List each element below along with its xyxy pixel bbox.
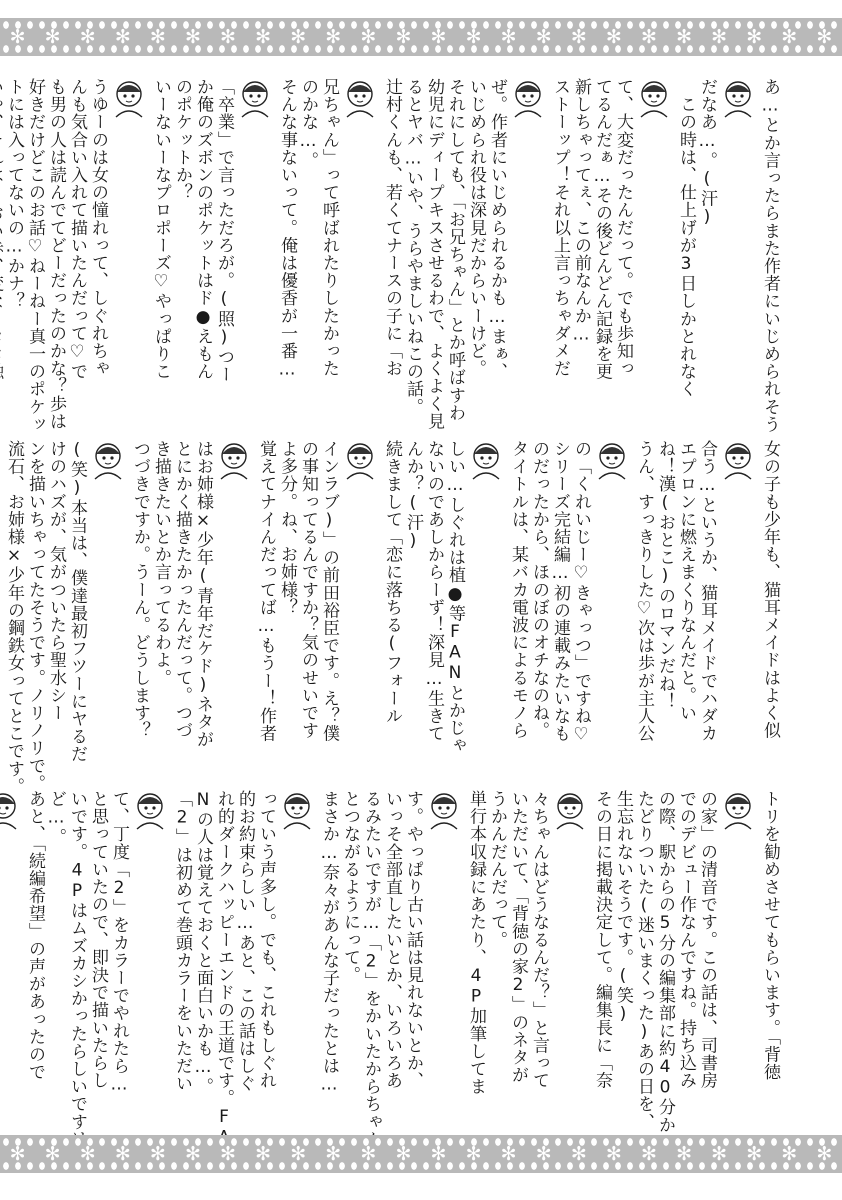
dialogue-line: この時は、仕上げが3日しかとれなく [675,78,696,433]
dialogue-line: 生忘れないそうです。(笑) [612,790,633,1169]
dialogue-line: タイトルは、某バカ電波によるモノら [507,440,528,798]
flower-icon: ✻ [10,1144,26,1164]
dialogue-line: いただいて、「背徳の家2」のネタが [507,790,528,1169]
dialogue-line: ンを描いちゃってたそうです。ノリノリで。 [24,440,45,798]
flower-icon: ✻ [115,27,131,47]
dialogue-line: その日に掲載決定して。編集長に「奈 [591,790,612,1169]
flower-icon: ✻ [290,27,306,47]
dialogue-line: と思っていたので、即決で描いたらし [87,790,108,1169]
dialogue-line: いです。4Pはムズカシかったらしいですけ [66,790,87,1169]
avatar-boy-icon [509,78,547,118]
dialogue-line: はお姉様×少年(青年だケド)ネタが [192,440,213,798]
dialogue-line: のかな…。 [297,78,318,433]
dialogue-line: 辻村くんも、若くてナースの子に「お [381,78,402,433]
flower-icon: ✻ [431,27,447,47]
flower-icon: ✻ [395,27,411,47]
dialogue-line: よ多分。ね、お姉様？ [276,440,297,798]
dialogue-line: いーないーなプロポーズ♡やっぱりこ [150,78,171,433]
dialogue-line: も男の人は読んでてどーだったのかな？歩は [45,78,66,433]
avatar-bob-hair-girl-2-icon [89,440,127,480]
dialogue-line: のポケットか？ [171,78,192,433]
flower-icon: ✻ [711,1144,727,1164]
flower-icon: ✻ [746,27,762,47]
flower-icon: ✻ [816,27,832,47]
dialogue-line: て、丁度「2」をカラーでやれたら… [108,790,129,1169]
dialogue-line: の家」の清音です。この話は、司書房 [696,790,717,1169]
dialogue-columns: トリを勧めさせてもらいます。「背徳の家」の清音です。この話は、司書房でのデビュー… [0,790,780,1169]
avatar-long-hair-girl-icon [0,440,1,480]
dialogue-entry: つづきですか。うーん。どうします？(笑)本当は、僕達最初フツーにヤるだけのハズが… [24,440,150,798]
flower-icon: ✻ [606,1144,622,1164]
avatar-ponytail-girl-3-icon [131,790,169,830]
dialogue-entry: いーないーなプロポーズ♡やっぱりこうゆーのは女の憧れって、しぐれちゃんも気合い入… [3,78,171,433]
flower-icon: ✻ [676,1144,692,1164]
dialogue-line: 「2」は初めて巻頭カラーをいただい [171,790,192,1169]
flower-icon: ✻ [536,27,552,47]
dialogue-line: き描きたいとか言ってるわよ。 [150,440,171,798]
flower-row: ✻✻✻✻✻✻✻✻✻✻✻✻✻✻✻✻✻✻✻✻✻✻✻✻ [0,1144,842,1164]
flower-icon: ✻ [711,27,727,47]
flower-icon: ✻ [185,27,201,47]
dialogue-entry: 「2」は初めて巻頭カラーをいただいて、丁度「2」をカラーでやれたら…と思っていた… [45,790,192,1169]
dialogue-line: の「くれいじー♡きゃっつ」ですね♡ [570,440,591,798]
dialogue-entry: タイトルは、某バカ電波によるモノらしい…しぐれは植●等FANとかじゃないのであし… [402,440,528,798]
dialogue-line: て、大変だったんだって。でも歩知っ [612,78,633,433]
dialogue-line: ね！漢(おとこ)のロマンだね！ [654,440,675,798]
avatar-nurse-cap-girl-icon [635,78,673,118]
dialogue-entry: あと、「続編希望」の声があったのですが、この話はこれで完結です。これ以上ナニを描… [0,790,45,1169]
flower-icon: ✻ [325,1144,341,1164]
flower-icon: ✻ [676,27,692,47]
flower-icon: ✻ [360,1144,376,1164]
flower-icon: ✻ [466,27,482,47]
dialogue-line: っていう声多し。でも、これもしぐれ [255,790,276,1169]
flower-icon: ✻ [466,1144,482,1164]
dialogue-line: れ的ダークハッピーエンドの王道です。FA [213,790,234,1169]
dialogue-line: ストーップ！それ以上言っちゃダメだ [549,78,570,433]
dialogue-entry: まさか…奈々があんな子だったとは…っていう声多し。でも、これもしぐれ的お約束らし… [192,790,339,1169]
dialogue-line: いっそ全部直したいとか、いろいろあ [381,790,402,1169]
flower-icon: ✻ [150,1144,166,1164]
flower-icon: ✻ [571,1144,587,1164]
dialogue-line: ぜ。作者にいじめられるかも…まぁ、 [486,78,507,433]
flower-icon: ✻ [150,27,166,47]
dialogue-line: のだったから、ほのぼのオチなのね。 [528,440,549,798]
avatar-boy-5-icon [467,440,505,480]
dialogue-line: の事知ってるんですか？気のせいです [297,440,318,798]
dialogue-line: けのハズが、気がついたら聖水シー [45,440,66,798]
flower-icon: ✻ [115,1144,131,1164]
dialogue-line: あ…とか言ったらまた作者にいじめられそう [759,78,780,433]
dialogue-line: 兄ちゃん」って呼ばれたりしたかった [318,78,339,433]
dialogue-line: んも気合い入れて描いたんだって♡で [66,78,87,433]
flower-icon: ✻ [325,27,341,47]
scallop-edge [0,1162,842,1170]
dialogue-line: 的お約束らしい…あと、この話はしぐ [234,790,255,1169]
flower-icon: ✻ [641,27,657,47]
dialogue-line: るとヤバ…いや、うらやましいねこの話。 [402,78,423,433]
dialogue-line: つづきですか。うーん。どうします？ [129,440,150,798]
dialogue-entry: この時は、仕上げが3日しかとれなくて、大変だったんだって。でも歩知ってるんだぁ…… [570,78,696,433]
dialogue-line: てるんだぁ…その後どんどん記録を更 [591,78,612,433]
dialogue-entry: ストーップ！それ以上言っちゃダメだぜ。作者にいじめられるかも…まぁ、いじめられ役… [402,78,570,433]
dialogue-line: 新しちゃってぇ、この前なんか… [570,78,591,433]
dialogue-line: 女の子も少年も、猫耳メイドはよく似 [759,440,780,798]
dialogue-line: んか？(汗) [402,440,423,798]
flower-icon: ✻ [10,27,26,47]
dialogue-line: ど…。 [45,790,66,1169]
avatar-girl-with-hat-icon [719,78,757,118]
flower-icon: ✻ [501,1144,517,1164]
flower-icon: ✻ [571,27,587,47]
flower-icon: ✻ [220,27,236,47]
dialogue-line: たどりついた(迷いまくった)あの日を、一 [633,790,654,1169]
flower-icon: ✻ [641,1144,657,1164]
flower-icon: ✻ [255,27,271,47]
dialogue-entry: 覚えてナイんだってば…もうー！作者はお姉様×少年(青年だケド)ネタがとにかく描き… [150,440,276,798]
flower-icon: ✻ [816,1144,832,1164]
dialogue-line: (笑)本当は、僕達最初フツーにヤるだ [66,440,87,798]
dialogue-columns: あ…とか言ったらまた作者にいじめられそうだなあ…。(汗) この時は、仕上げが3日… [0,78,780,433]
dialogue-line: インラブ)」の前田裕臣です。え？僕 [318,440,339,798]
dialogue-entry: 女の子も少年も、猫耳メイドはよく似合う…というか、猫耳メイドでハダカエプロンに燃… [654,440,780,798]
avatar-ponytail-girl-icon [719,790,757,830]
dialogue-entry: その日に掲載決定して。編集長に「奈々ちゃんはどうなるんだ？」と言っていただいて、… [486,790,612,1169]
dialogue-entry: トリを勧めさせてもらいます。「背徳の家」の清音です。この話は、司書房でのデビュー… [612,790,780,1169]
avatar-nurse-cap-girl-3-icon [593,440,631,480]
dialogue-line: トリを勧めさせてもらいます。「背徳 [759,790,780,1169]
avatar-long-hair-woman-icon [215,440,253,480]
dialogue-entry: 続きまして「恋に落ちる(フォールインラブ)」の前田裕臣です。え？僕の事知ってるん… [276,440,402,798]
avatar-ponytail-girl-2-icon [425,790,463,830]
dialogue-entry: 単行本収録にあたり、4P加筆してます。やっぱり古い話は見れないとか、いっそ全部直… [339,790,486,1169]
dialogue-line: 流石、お姉様×少年の鋼鉄女ってとこです。 [3,440,24,798]
flower-icon: ✻ [781,27,797,47]
dialogue-line: そんな事ないって。俺は優香が一番… [276,78,297,433]
flower-icon: ✻ [395,1144,411,1164]
flower-icon: ✻ [220,1144,236,1164]
flower-icon: ✻ [746,1144,762,1164]
dialogue-line: 続きまして「恋に落ちる(フォール [381,440,402,798]
dialogue-line: 「卒業」で言っただろが。(照)つー [213,78,234,433]
dialogue-line: ないのであしからーず！深見…生きて [423,440,444,798]
dialogue-line: それにしても、「お兄ちゃん」とか呼ばすわ [444,78,465,433]
dialogue-line: うゆーのは女の憧れって、しぐれちゃ [87,78,108,433]
flower-icon: ✻ [431,1144,447,1164]
dialogue-entry: うん、すっきりした♡次は歩が主人公の「くれいじー♡きゃっつ」ですね♡シリーズ完結… [528,440,654,798]
dialogue-line: あと、「続編希望」の声があったので [24,790,45,1169]
dialogue-line: うん、すっきりした♡次は歩が主人公 [633,440,654,798]
flower-icon: ✻ [360,27,376,47]
flower-icon: ✻ [536,1144,552,1164]
dialogue-line: 好きだけどこのお話♡ねーねー真一のポケッ [24,78,45,433]
dialogue-line: うかんだんだって。 [486,790,507,1169]
dialogue-line: 幼児にディープキスさせるわで、よくよく見 [423,78,444,433]
dialogue-line: トには入ってないの…かナ？ [3,78,24,433]
avatar-boy-8-icon [0,790,22,830]
avatar-glasses-girl-icon [341,78,379,118]
dialogue-line: とつながるようにって。 [339,790,360,1169]
dialogue-line: 合う…というか、猫耳メイドでハダカ [696,440,717,798]
commentary-section-top: あ…とか言ったらまた作者にいじめられそうだなあ…。(汗) この時は、仕上げが3日… [0,78,780,418]
avatar-boy-7-icon [551,790,589,830]
flower-row: ✻✻✻✻✻✻✻✻✻✻✻✻✻✻✻✻✻✻✻✻✻✻✻✻ [0,27,842,47]
commentary-section-middle: 女の子も少年も、猫耳メイドはよく似合う…というか、猫耳メイドでハダカエプロンに燃… [0,440,780,750]
dialogue-line: の際、駅からの5分の編集部に約40分かけて [654,790,675,1169]
dialogue-entry: あ…とか言ったらまた作者にいじめられそうだなあ…。(汗) [696,78,780,433]
flower-icon: ✻ [80,27,96,47]
dialogue-line: シリーズ完結編…初の連載みたいなも [549,440,570,798]
dialogue-line: るみたいですが…「2」をかいたからちゃん [360,790,381,1169]
flower-icon: ✻ [781,1144,797,1164]
flower-icon: ✻ [45,27,61,47]
avatar-boy-4-icon [719,440,757,480]
scallop-edge [0,45,842,53]
flower-icon: ✻ [80,1144,96,1164]
flower-icon: ✻ [290,1144,306,1164]
flower-icon: ✻ [501,27,517,47]
dialogue-line: まさか…奈々があんな子だったとは… [318,790,339,1169]
dialogue-line: でのデビュー作なんですね。持ち込み [675,790,696,1169]
dialogue-line: 単行本収録にあたり、4P加筆してま [465,790,486,1169]
commentary-section-bottom: トリを勧めさせてもらいます。「背徳の家」の清音です。この話は、司書房でのデビュー… [0,790,780,1130]
dialogue-line: 々ちゃんはどうなるんだ？」と言って [528,790,549,1169]
avatar-nurse-cap-girl-2-icon [110,78,148,118]
avatar-thinking-man-icon [278,790,316,830]
dialogue-entry: 辻村くんも、若くてナースの子に「お兄ちゃん」って呼ばれたりしたかったのかな…。 [297,78,402,433]
dialogue-line: だなあ…。(汗) [696,78,717,433]
dialogue-line: Nの人は覚えておくと面白いかも…。 [192,790,213,1169]
bottom-lace-border: ✻✻✻✻✻✻✻✻✻✻✻✻✻✻✻✻✻✻✻✻✻✻✻✻ [0,1135,842,1173]
dialogue-entry: 流石、お姉様×少年の鋼鉄女ってとこです。「Flying」の和希です♡唐突でゴメン… [0,440,24,798]
dialogue-line: す。やっぱり古い話は見れないとか、 [402,790,423,1169]
flower-icon: ✻ [606,27,622,47]
avatar-boy-2-icon [236,78,274,118]
dialogue-line: エプロンに燃えまくりなんだと。い [675,440,696,798]
flower-icon: ✻ [185,1144,201,1164]
dialogue-line: とにかく描きたかったんだって。つづ [171,440,192,798]
avatar-bob-hair-girl-icon [341,440,379,480]
dialogue-line: しい…しぐれは植●等FANとかじゃ [444,440,465,798]
dialogue-line: か俺のズボンのポケットはド●えもん [192,78,213,433]
dialogue-columns: 女の子も少年も、猫耳メイドはよく似合う…というか、猫耳メイドでハダカエプロンに燃… [0,440,780,798]
dialogue-entry: そんな事ないって。俺は優香が一番…「卒業」で言っただろが。(照)つーか俺のズボン… [171,78,297,433]
flower-icon: ✻ [45,1144,61,1164]
dialogue-line: 覚えてナイんだってば…もうー！作者 [255,440,276,798]
flower-icon: ✻ [255,1144,271,1164]
top-lace-border: ✻✻✻✻✻✻✻✻✻✻✻✻✻✻✻✻✻✻✻✻✻✻✻✻ [0,18,842,56]
dialogue-line: いじめられ役は深見だからいーけど。 [465,78,486,433]
